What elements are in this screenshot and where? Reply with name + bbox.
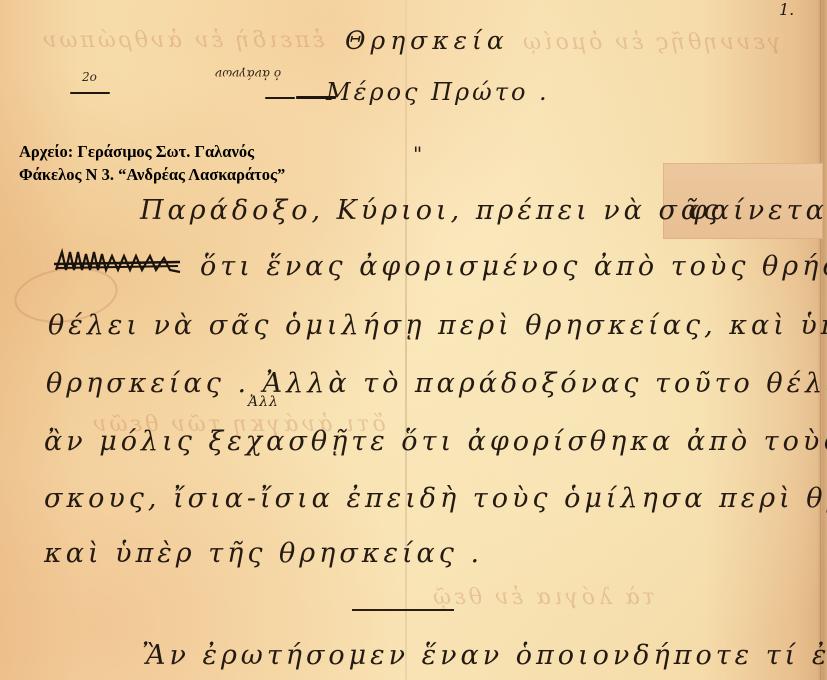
ditto-mark: " (413, 142, 422, 166)
archive-label: Αρχείο: Γεράσιμος Σωτ. Γαλανός Φάκελος Ν… (19, 140, 285, 186)
archive-label-line-2: Φάκελος Ν 3. “Ανδρέας Λασκαράτος” (19, 163, 285, 186)
margin-underline (265, 97, 295, 99)
manuscript-line-8: Ἂν ἐρωτήσομεν ἕναν ὁποιονδήποτε τί ἐννοε… (142, 642, 827, 669)
manuscript-page: ἐπειδὴ ἐν ἀνθρώπων γεννηθῆς ἐν ὁμοίῳ ὅτι… (0, 0, 827, 680)
manuscript-title: Θρησκεία (345, 28, 509, 53)
manuscript-line-4: θρησκείας . Ἀλλὰ τὸ παράδοξόνας τοῦτο θέ… (46, 370, 827, 397)
archive-label-line-1: Αρχείο: Γεράσιμος Σωτ. Γαλανός (19, 140, 285, 163)
page-number: 1. (779, 0, 794, 19)
manuscript-line-2: ὅτι ἕνας ἀφορισμένος ἀπὸ τοὺς θρήσκους, (200, 253, 827, 280)
margin-note-right: ὁ ἀνάγνων (215, 67, 281, 81)
interlinear-insertion: Ἀλλ (248, 395, 279, 409)
manuscript-line-1: Παράδοξο, Κύριοι, πρέπει νὰ σᾶς (140, 197, 722, 224)
bleed-through-text: τὰ λόγια ἐν θεῷ (430, 585, 655, 610)
manuscript-line-7: καὶ ὑπὲρ τῆς θρησκείας . (44, 540, 483, 567)
bleed-through-text: γεννηθῆς ἐν ὁμοίῳ (520, 30, 781, 55)
margin-underline (70, 92, 110, 94)
bleed-through-text: ἐπειδὴ ἐν ἀνθρώπων (40, 28, 324, 53)
manuscript-line-3: θέλει νὰ σᾶς ὁμιλήσῃ περὶ θρησκείας, καὶ… (48, 312, 827, 339)
struck-out-word (54, 246, 182, 276)
manuscript-subtitle: Μέρος Πρώτο . (326, 80, 550, 104)
manuscript-line-5: ἂν μόλις ξεχασθῇτε ὅτι ἀφορίσθηκα ἀπὸ το… (44, 428, 827, 455)
manuscript-line-6: σκους, ἴσια-ἴσια ἐπειδὴ τοὺς ὁμίλησα περ… (44, 485, 827, 512)
section-divider (352, 609, 454, 611)
margin-note-left: 2ο (82, 70, 97, 84)
